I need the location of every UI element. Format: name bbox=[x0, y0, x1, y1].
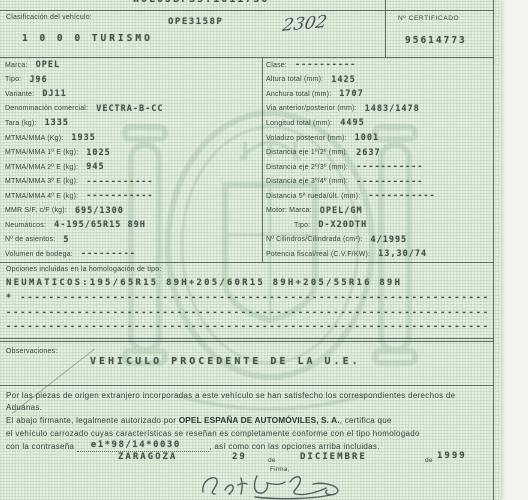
spec-value: D-X20DTH bbox=[318, 220, 367, 230]
spec-row: Clase:---------- bbox=[266, 58, 492, 73]
spec-label: MTMA/MMA (Kg): bbox=[5, 135, 63, 142]
date-month: DICIEMBRE bbox=[300, 452, 367, 462]
spec-label: Longitud total (mm): bbox=[266, 120, 332, 127]
spec-value: DJ11 bbox=[42, 89, 66, 99]
spec-label: MTMA/MMA 4º E (kg): bbox=[5, 193, 78, 200]
spec-label: Tara (kg): bbox=[5, 120, 37, 127]
spec-row: Nº Cilindros/Cilindrada (cm³):4/1995 bbox=[266, 233, 492, 248]
spec-row: Neumáticos:4-195/65R15 89H bbox=[5, 218, 257, 233]
spec-row: Altura total (mm):1425 bbox=[266, 73, 492, 88]
declaration-line-2: el vehículo carrozado cuyas característi… bbox=[6, 428, 492, 440]
spec-row: Distancia eje 2º/3º (mm):----------- bbox=[266, 160, 492, 175]
options-line-tyres: NEUMATICOS:195/65R15 89H+205/60R15 89H+2… bbox=[6, 278, 490, 288]
spec-value: 1483/1478 bbox=[365, 104, 420, 114]
spec-value: 4495 bbox=[340, 118, 364, 128]
spec-label: Clase: bbox=[266, 62, 287, 69]
spec-label: Neumáticos: bbox=[5, 222, 46, 229]
options-label: Opciones incluidas en la homologación de… bbox=[6, 266, 162, 273]
spec-value: ---------- bbox=[295, 60, 356, 70]
spec-value: J96 bbox=[29, 75, 47, 85]
spec-label: Nº de asientos: bbox=[5, 236, 55, 243]
options-dash-line: ----------------------------------------… bbox=[6, 322, 490, 332]
spec-row: Distancia 5ª rueda/últ. (mm):----------- bbox=[266, 189, 492, 204]
handwritten-number: 2302 bbox=[281, 12, 328, 36]
spec-row: MTMA/MMA 4º E (kg):----------- bbox=[5, 189, 257, 204]
spec-label: Anchura total (mm): bbox=[266, 91, 331, 98]
spec-label: Distancia eje 1º/2º (mm): bbox=[266, 149, 348, 156]
spec-label: Volumen de bodega: bbox=[5, 251, 73, 258]
classification-class-code: 1 0 0 0 TURISMO bbox=[22, 33, 153, 44]
rule bbox=[0, 341, 494, 342]
spec-row: Anchura total (mm):1707 bbox=[266, 87, 492, 102]
signature bbox=[195, 470, 365, 500]
spec-row: Voladizo posterior (mm):1001 bbox=[266, 131, 492, 146]
spec-label: Distancia 5ª rueda/últ. (mm): bbox=[266, 193, 360, 200]
classification-type-code: OPE3158P bbox=[168, 17, 223, 27]
rule bbox=[0, 10, 494, 11]
rule-vertical bbox=[385, 0, 386, 57]
rule-vertical bbox=[262, 57, 263, 262]
spec-row: Volumen de bodega:--------- bbox=[5, 247, 257, 262]
spec-column-right: Clase:---------- Altura total (mm):1425 … bbox=[266, 58, 492, 262]
spec-value: 695/1300 bbox=[75, 206, 124, 216]
spec-value: 1425 bbox=[331, 75, 355, 85]
spec-label: Denominación comercial: bbox=[5, 105, 88, 112]
spec-row: Distancia eje 3º/4º (mm):----------- bbox=[266, 174, 492, 189]
spec-value: 4/1995 bbox=[370, 235, 407, 245]
spec-row: Nº de asientos:5 bbox=[5, 233, 257, 248]
spec-row: Tara (kg):1335 bbox=[5, 116, 257, 131]
declaration-line-3-post: , así como con las opciones arriba inclu… bbox=[209, 442, 379, 451]
declaration-line-1: El abajo firmante, legalmente autorizado… bbox=[6, 415, 492, 427]
date-year: 1999 bbox=[437, 451, 467, 461]
spec-row: Longitud total (mm):4495 bbox=[266, 116, 492, 131]
spec-value: 1335 bbox=[45, 118, 69, 128]
scanned-certificate-page: W0L0JBF35T1011730 Clasificación del vehí… bbox=[0, 0, 528, 500]
certificate-number-value: 95614773 bbox=[405, 35, 467, 46]
certificate-paper: W0L0JBF35T1011730 Clasificación del vehí… bbox=[0, 0, 501, 500]
spec-row: Denominación comercial:VECTRA-B-CC bbox=[5, 102, 257, 117]
date-de-2: de bbox=[425, 457, 433, 464]
declaration-line-3-pre: con la contraseña bbox=[6, 442, 74, 451]
spec-label: MMR S/F, c/F (kg): bbox=[5, 207, 67, 214]
observations-value: VEHICULO PROCEDENTE DE LA U.E. bbox=[90, 356, 361, 367]
vin-row-clipped: W0L0JBF35T1011730 bbox=[0, 0, 385, 10]
spec-row: Variante:DJ11 bbox=[5, 87, 257, 102]
options-dash-line: ----------------------------------------… bbox=[6, 308, 490, 318]
spec-label: Motor: Marca: bbox=[266, 207, 312, 214]
spec-value: OPEL bbox=[36, 60, 60, 70]
spec-row: Distancia eje 1º/2º (mm):2637 bbox=[266, 145, 492, 160]
date-day: 29 bbox=[232, 452, 247, 462]
type-approval-code: e1*98/14*0030 bbox=[91, 440, 181, 450]
date-city: ZARAGOZA bbox=[118, 452, 177, 462]
rule-vertical bbox=[493, 0, 494, 500]
spec-value: --------- bbox=[81, 249, 136, 259]
spec-value: 13,30/74 bbox=[378, 249, 427, 259]
spec-row: Motor: Marca:OPEL/GM bbox=[266, 203, 492, 218]
spec-value: ----------- bbox=[368, 191, 435, 201]
spec-row: MMR S/F, c/F (kg):695/1300 bbox=[5, 203, 257, 218]
spec-label: MTMA/MMA 2º E (kg): bbox=[5, 164, 78, 171]
rule bbox=[0, 338, 494, 339]
spec-value: 1001 bbox=[355, 133, 379, 143]
spec-row: Potencia fiscal/real (C.V.F/KW):13,30/74 bbox=[266, 247, 492, 262]
spec-row: MTMA/MMA 1º E (kg):1025 bbox=[5, 145, 257, 160]
declaration-suffix: , certifica que bbox=[340, 416, 392, 425]
spec-value: OPEL/GM bbox=[320, 206, 363, 216]
spec-label: Tipo: bbox=[5, 76, 21, 83]
customs-paragraph: Por las piezas de origen extranjero inco… bbox=[6, 390, 488, 413]
spec-value: 1707 bbox=[339, 89, 363, 99]
spec-value: VECTRA-B-CC bbox=[96, 104, 163, 114]
spec-label: Distancia eje 2º/3º (mm): bbox=[266, 164, 348, 171]
spec-label: Altura total (mm): bbox=[266, 76, 323, 83]
spec-value: 1935 bbox=[71, 133, 95, 143]
spec-row: Via anterior/posterior (mm):1483/1478 bbox=[266, 102, 492, 117]
spec-row: Marca:OPEL bbox=[5, 58, 257, 73]
rule bbox=[0, 385, 494, 386]
observations-label: Observaciones: bbox=[6, 348, 57, 355]
spec-label: Potencia fiscal/real (C.V.F/KW): bbox=[266, 251, 370, 258]
spec-row: Tipo:J96 bbox=[5, 73, 257, 88]
spec-column-left: Marca:OPEL Tipo:J96 Variante:DJ11 Denomi… bbox=[5, 58, 257, 262]
date-de-1: de bbox=[268, 457, 276, 464]
rule bbox=[0, 262, 494, 263]
spec-row: MTMA/MMA 3º E (kg):----------- bbox=[5, 174, 257, 189]
company-name: OPEL ESPAÑA DE AUTOMÓVILES, S. A. bbox=[179, 415, 340, 425]
spec-label: Voladizo posterior (mm): bbox=[266, 135, 347, 142]
declaration-prefix: El abajo firmante, legalmente autorizado… bbox=[6, 416, 176, 425]
spec-label: Variante: bbox=[5, 91, 34, 98]
spec-value: 5 bbox=[63, 235, 69, 245]
spec-value: ----------- bbox=[356, 162, 423, 172]
spec-value: 945 bbox=[86, 162, 104, 172]
spec-label: Via anterior/posterior (mm): bbox=[266, 105, 357, 112]
spec-value: 2637 bbox=[356, 148, 380, 158]
vin-text: W0L0JBF35T1011730 bbox=[133, 0, 269, 5]
spec-label: Marca: bbox=[5, 62, 28, 69]
spec-row: MTMA/MMA 2º E (kg):945 bbox=[5, 160, 257, 175]
declaration-line-3: con la contraseña e1*98/14*0030 , así co… bbox=[6, 441, 492, 454]
spec-row: MTMA/MMA (Kg):1935 bbox=[5, 131, 257, 146]
options-dash-line: * --------------------------------------… bbox=[6, 293, 490, 303]
spec-label: Distancia eje 3º/4º (mm): bbox=[266, 178, 348, 185]
spec-label: MTMA/MMA 3º E (kg): bbox=[5, 178, 78, 185]
spec-value: ----------- bbox=[86, 177, 153, 187]
spec-value: ----------- bbox=[356, 177, 423, 187]
spec-label: MTMA/MMA 1º E (kg): bbox=[5, 149, 78, 156]
certificate-number-label: Nº CERTIFICADO bbox=[398, 15, 459, 22]
spec-label: Tipo: bbox=[294, 222, 310, 229]
spec-value: 1025 bbox=[86, 148, 110, 158]
spec-value: ----------- bbox=[86, 191, 153, 201]
spec-row: Tipo:D-X20DTH bbox=[266, 218, 492, 233]
classification-label: Clasificación del vehículo: bbox=[6, 14, 92, 21]
spec-value: 4-195/65R15 89H bbox=[54, 220, 146, 230]
spec-label: Nº Cilindros/Cilindrada (cm³): bbox=[266, 236, 362, 243]
